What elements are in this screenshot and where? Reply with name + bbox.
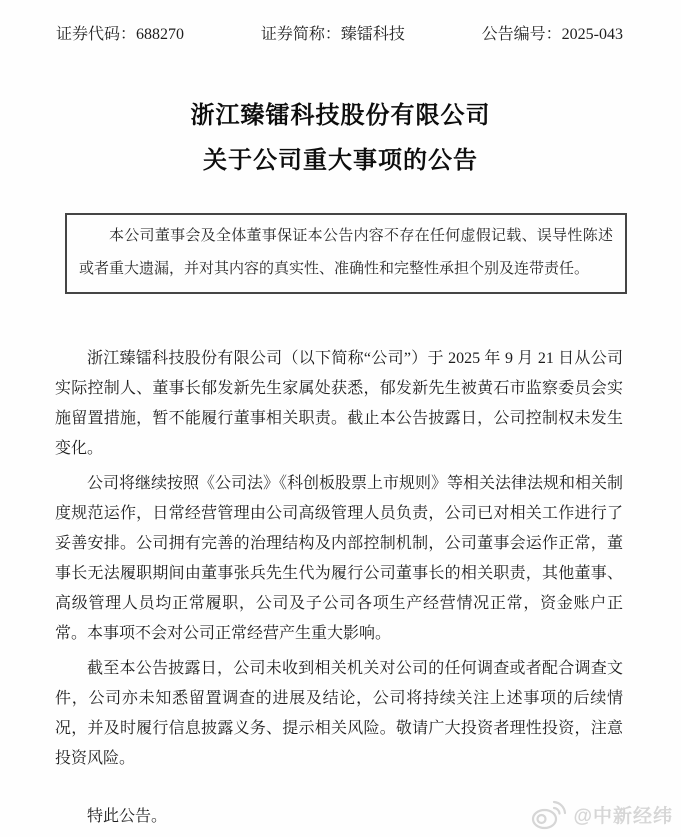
announcement-body: 浙江臻镭科技股份有限公司（以下简称“公司”）于 2025 年 9 月 21 日从… bbox=[55, 344, 623, 832]
title-line-subject: 关于公司重大事项的公告 bbox=[0, 138, 681, 183]
stock-abbr: 证券简称：臻镭科技 bbox=[261, 25, 405, 45]
securities-info-line: 证券代码：688270 证券简称：臻镭科技 公告编号：2025-043 bbox=[0, 0, 681, 45]
announcement-document: 证券代码：688270 证券简称：臻镭科技 公告编号：2025-043 浙江臻镭… bbox=[0, 0, 681, 837]
announcement-title: 浙江臻镭科技股份有限公司 关于公司重大事项的公告 bbox=[0, 93, 681, 183]
disclaimer-text: 本公司董事会及全体董事保证本公告内容不存在任何虚假记载、误导性陈述或者重大遗漏，… bbox=[79, 220, 613, 286]
paragraph-event: 浙江臻镭科技股份有限公司（以下简称“公司”）于 2025 年 9 月 21 日从… bbox=[55, 344, 623, 464]
disclaimer-box: 本公司董事会及全体董事保证本公告内容不存在任何虚假记载、误导性陈述或者重大遗漏，… bbox=[65, 213, 627, 294]
title-line-company: 浙江臻镭科技股份有限公司 bbox=[0, 93, 681, 138]
watermark: @中新经纬 bbox=[531, 798, 673, 830]
watermark-text: @中新经纬 bbox=[573, 801, 673, 828]
paragraph-risk-notice: 截至本公告披露日，公司未收到相关机关对公司的任何调查或者配合调查文件，公司亦未知… bbox=[55, 654, 623, 774]
announcement-number: 公告编号：2025-043 bbox=[482, 25, 623, 45]
stock-code: 证券代码：688270 bbox=[56, 25, 184, 45]
paragraph-operations: 公司将继续按照《公司法》《科创板股票上市规则》等相关法律法规和相关制度规范运作，… bbox=[55, 469, 623, 649]
weibo-icon bbox=[531, 798, 569, 830]
